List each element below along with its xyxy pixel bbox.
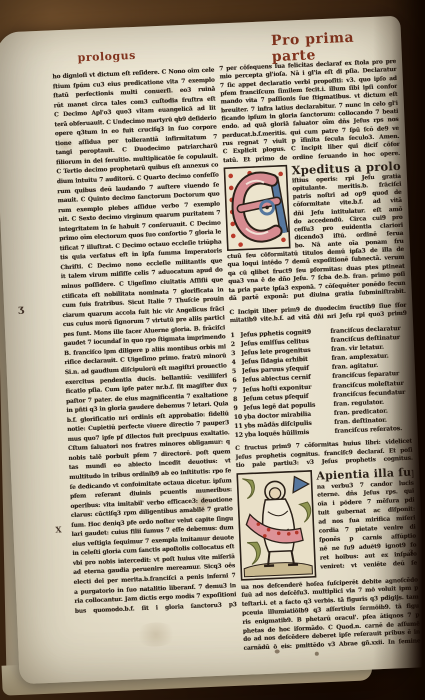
closing-paragraph: ua nos deſcenderē hoſea ſuſciperēt debit… (241, 576, 421, 654)
expeditus-section: Xpeditus a prologo iſtius operis: rpi Je… (223, 160, 403, 253)
expeditus-text: Xpeditus a prologo iſtius operis: rpi Je… (291, 160, 403, 250)
book-photo: prologus Pro prima parte ʒ X 3 ho dignio… (0, 0, 425, 700)
order-paragraph: ctuū ſeu cōformitatū titulos demū ipſa3 … (227, 246, 406, 304)
franciscus-phrase: franciſcus reſeratos. (334, 424, 411, 436)
row-number: 7 (233, 385, 243, 395)
book-page: prologus Pro prima parte ʒ X 3 ho dignio… (0, 16, 425, 685)
left-text-column: ho dignioſi vt dictum eſt reſidere. C No… (52, 66, 239, 661)
row-number: 2 (231, 340, 241, 350)
sapientia-section: Apientia illa ſup na verbu3 7 candor luc… (236, 465, 417, 580)
row-number: 8 (233, 394, 243, 404)
incipit-lines: C Incipit liber prim9 de duodecim fructi… (229, 302, 407, 326)
row-number: 6 (232, 376, 242, 386)
text-block: ho dignioſi vt dictum eſt reſidere. C No… (0, 16, 425, 685)
row-number: 1 (230, 331, 240, 341)
row-number: 9 (233, 403, 243, 413)
sapientia-text: Apientia illa ſup na verbu3 7 candor luc… (316, 465, 417, 577)
row-number: 10 (234, 412, 244, 422)
woodcut-initial-s (236, 469, 316, 580)
row-number: 3 (231, 349, 241, 359)
row-number: 12 (234, 431, 244, 441)
row-number: 5 (232, 367, 242, 377)
prologue-end-paragraph: 7 per cōſequens ſua felicitas declaraf e… (219, 58, 400, 165)
row-number: 4 (231, 358, 241, 368)
right-text-column: 7 per cōſequens ſua felicitas declaraf e… (219, 58, 421, 654)
illuminated-initial-e (223, 165, 290, 252)
row-number: 11 (234, 422, 244, 432)
conformities-table: 1 Jeſus pphetis cognit9 franciſcus decla… (230, 324, 411, 440)
